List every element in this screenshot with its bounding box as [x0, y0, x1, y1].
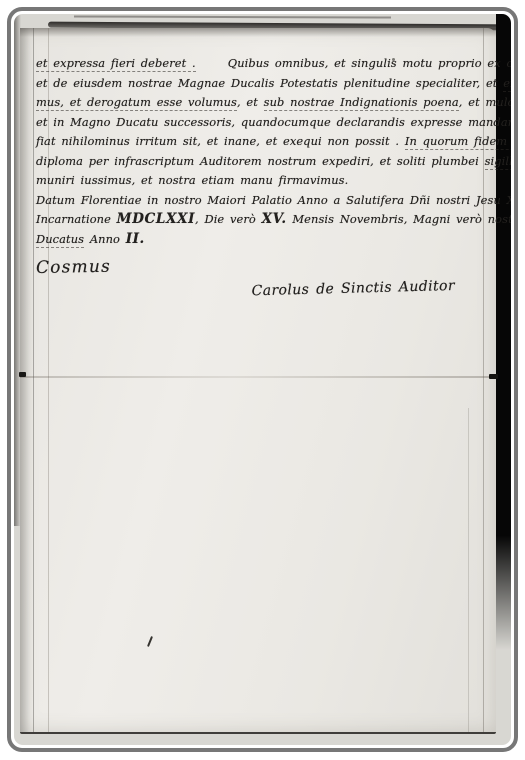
ink-speck	[147, 636, 153, 647]
manuscript-photo: et expressa fieri deberet .Quibus omnibu…	[14, 14, 511, 745]
manuscript-line: muniri iussimus, et nostra etiam manu fi…	[36, 171, 487, 191]
manuscript-line: et expressa fieri deberet .Quibus omnibu…	[36, 54, 487, 74]
manuscript-text: et expressa fieri deberet .Quibus omnibu…	[36, 54, 487, 300]
binding-gutter	[20, 28, 34, 732]
manuscript-page: et expressa fieri deberet .Quibus omnibu…	[20, 28, 496, 734]
page-edge-line-bottom-right	[468, 408, 469, 732]
photo-top-line	[74, 15, 391, 18]
manuscript-line: et in Magno Ducatu successoris, quandocu…	[36, 113, 487, 133]
signature-cosmus: Cosmus	[36, 250, 487, 278]
manuscript-line: et de eiusdem nostrae Magnae Ducalis Pot…	[36, 74, 487, 94]
fold-edge-mark-right	[489, 374, 498, 379]
manuscript-line: fiat nihilominus irritum sit, et inane, …	[36, 132, 487, 152]
photo-frame: et expressa fieri deberet .Quibus omnibu…	[7, 7, 518, 752]
fold-edge-mark-left	[19, 372, 26, 377]
manuscript-line: Datum Florentiae in nostro Maiori Palati…	[36, 191, 487, 211]
manuscript-line: diploma per infrascriptum Auditorem nost…	[36, 152, 487, 172]
manuscript-line: Ducatus Anno II.	[36, 230, 487, 250]
signature-auditor: Carolus de Sinctis Auditor	[36, 276, 487, 306]
manuscript-lines: et expressa fieri deberet .Quibus omnibu…	[36, 54, 487, 249]
fold-line-horizontal	[20, 376, 496, 378]
manuscript-line: mus, et derogatum esse volumus, et sub n…	[36, 93, 487, 113]
manuscript-line: Incarnatione MDCLXXI, Die verò XV. Mensi…	[36, 210, 487, 230]
background-right-band	[496, 14, 511, 650]
